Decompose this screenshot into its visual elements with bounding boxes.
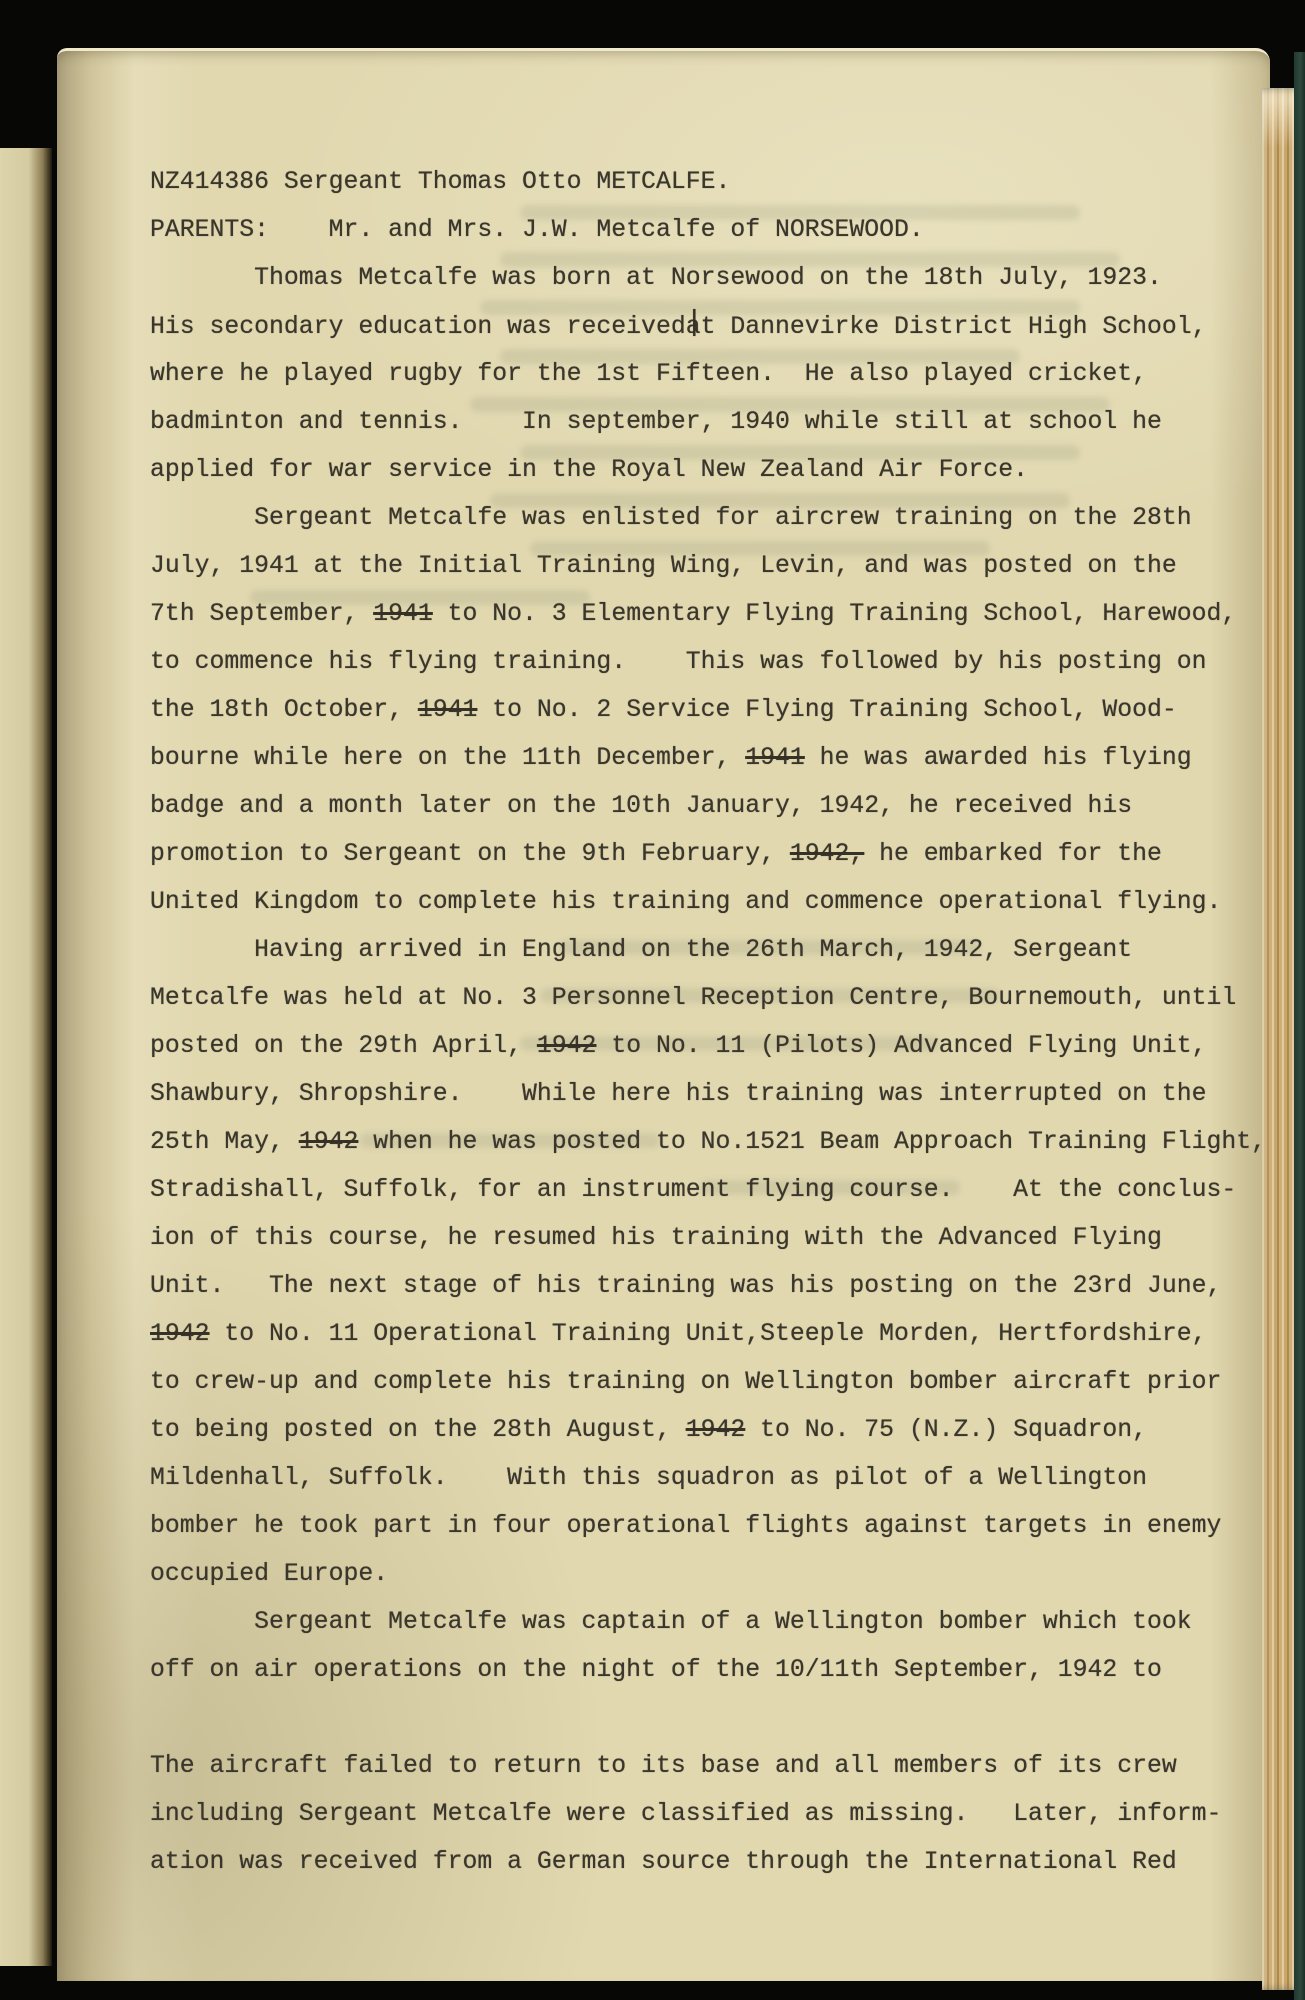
text-line: applied for war service in the Royal New… bbox=[150, 446, 1305, 494]
text-line: July, 1941 at the Initial Training Wing,… bbox=[150, 542, 1305, 590]
book-scan: NZ414386 Sergeant Thomas Otto METCALFE.P… bbox=[0, 0, 1305, 2000]
struck-year: 1942 bbox=[686, 1416, 746, 1444]
text-line: Thomas Metcalfe was born at Norsewood on… bbox=[150, 254, 1305, 302]
text-line: 1942 to No. 11 Operational Training Unit… bbox=[150, 1310, 1305, 1358]
text-line: Metcalfe was held at No. 3 Personnel Rec… bbox=[150, 974, 1305, 1022]
text-line: The aircraft failed to return to its bas… bbox=[150, 1742, 1305, 1790]
text-line: Sergeant Metcalfe was enlisted for aircr… bbox=[150, 494, 1305, 542]
text-line: occupied Europe. bbox=[150, 1550, 1305, 1598]
text-line: to being posted on the 28th August, 1942… bbox=[150, 1406, 1305, 1454]
text-line: Unit. The next stage of his training was… bbox=[150, 1262, 1305, 1310]
text-line: ion of this course, he resumed his train… bbox=[150, 1214, 1305, 1262]
text-line: to commence his flying training. This wa… bbox=[150, 638, 1305, 686]
struck-year: 1942 bbox=[299, 1128, 359, 1156]
text-line: His secondary education was received|at … bbox=[150, 302, 1305, 350]
struck-year: 1942 bbox=[150, 1320, 210, 1348]
struck-year: 1941 bbox=[418, 696, 478, 724]
text-line: to crew-up and complete his training on … bbox=[150, 1358, 1305, 1406]
text-line: ation was received from a German source … bbox=[150, 1838, 1305, 1886]
struck-year: 1941 bbox=[373, 600, 433, 628]
text-line: off on air operations on the night of th… bbox=[150, 1646, 1305, 1694]
text-line: PARENTS: Mr. and Mrs. J.W. Metcalfe of N… bbox=[150, 206, 1305, 254]
text-line: bomber he took part in four operational … bbox=[150, 1502, 1305, 1550]
text-line: badminton and tennis. In september, 1940… bbox=[150, 398, 1305, 446]
text-line: posted on the 29th April, 1942 to No. 11… bbox=[150, 1022, 1305, 1070]
text-line: the 18th October, 1941 to No. 2 Service … bbox=[150, 686, 1305, 734]
text-line: bourne while here on the 11th December, … bbox=[150, 734, 1305, 782]
text-line: Sergeant Metcalfe was captain of a Welli… bbox=[150, 1598, 1305, 1646]
text-line bbox=[150, 1694, 1305, 1742]
struck-year: 1941 bbox=[745, 744, 805, 772]
typed-text: NZ414386 Sergeant Thomas Otto METCALFE.P… bbox=[150, 158, 1305, 1886]
text-line: promotion to Sergeant on the 9th Februar… bbox=[150, 830, 1305, 878]
text-line: 7th September, 1941 to No. 3 Elementary … bbox=[150, 590, 1305, 638]
text-line: including Sergeant Metcalfe were classif… bbox=[150, 1790, 1305, 1838]
text-line: 25th May, 1942 when he was posted to No.… bbox=[150, 1118, 1305, 1166]
text-line: where he played rugby for the 1st Fiftee… bbox=[150, 350, 1305, 398]
text-line: NZ414386 Sergeant Thomas Otto METCALFE. bbox=[150, 158, 1305, 206]
text-line: badge and a month later on the 10th Janu… bbox=[150, 782, 1305, 830]
text-line: Shawbury, Shropshire. While here his tra… bbox=[150, 1070, 1305, 1118]
text-line: Having arrived in England on the 26th Ma… bbox=[150, 926, 1305, 974]
text-line: Stradishall, Suffolk, for an instrument … bbox=[150, 1166, 1305, 1214]
text-line: Mildenhall, Suffolk. With this squadron … bbox=[150, 1454, 1305, 1502]
struck-year: 1942 bbox=[537, 1032, 597, 1060]
struck-year: 1942, bbox=[790, 840, 864, 868]
text-line: United Kingdom to complete his training … bbox=[150, 878, 1305, 926]
facing-page-sliver bbox=[0, 148, 52, 1966]
